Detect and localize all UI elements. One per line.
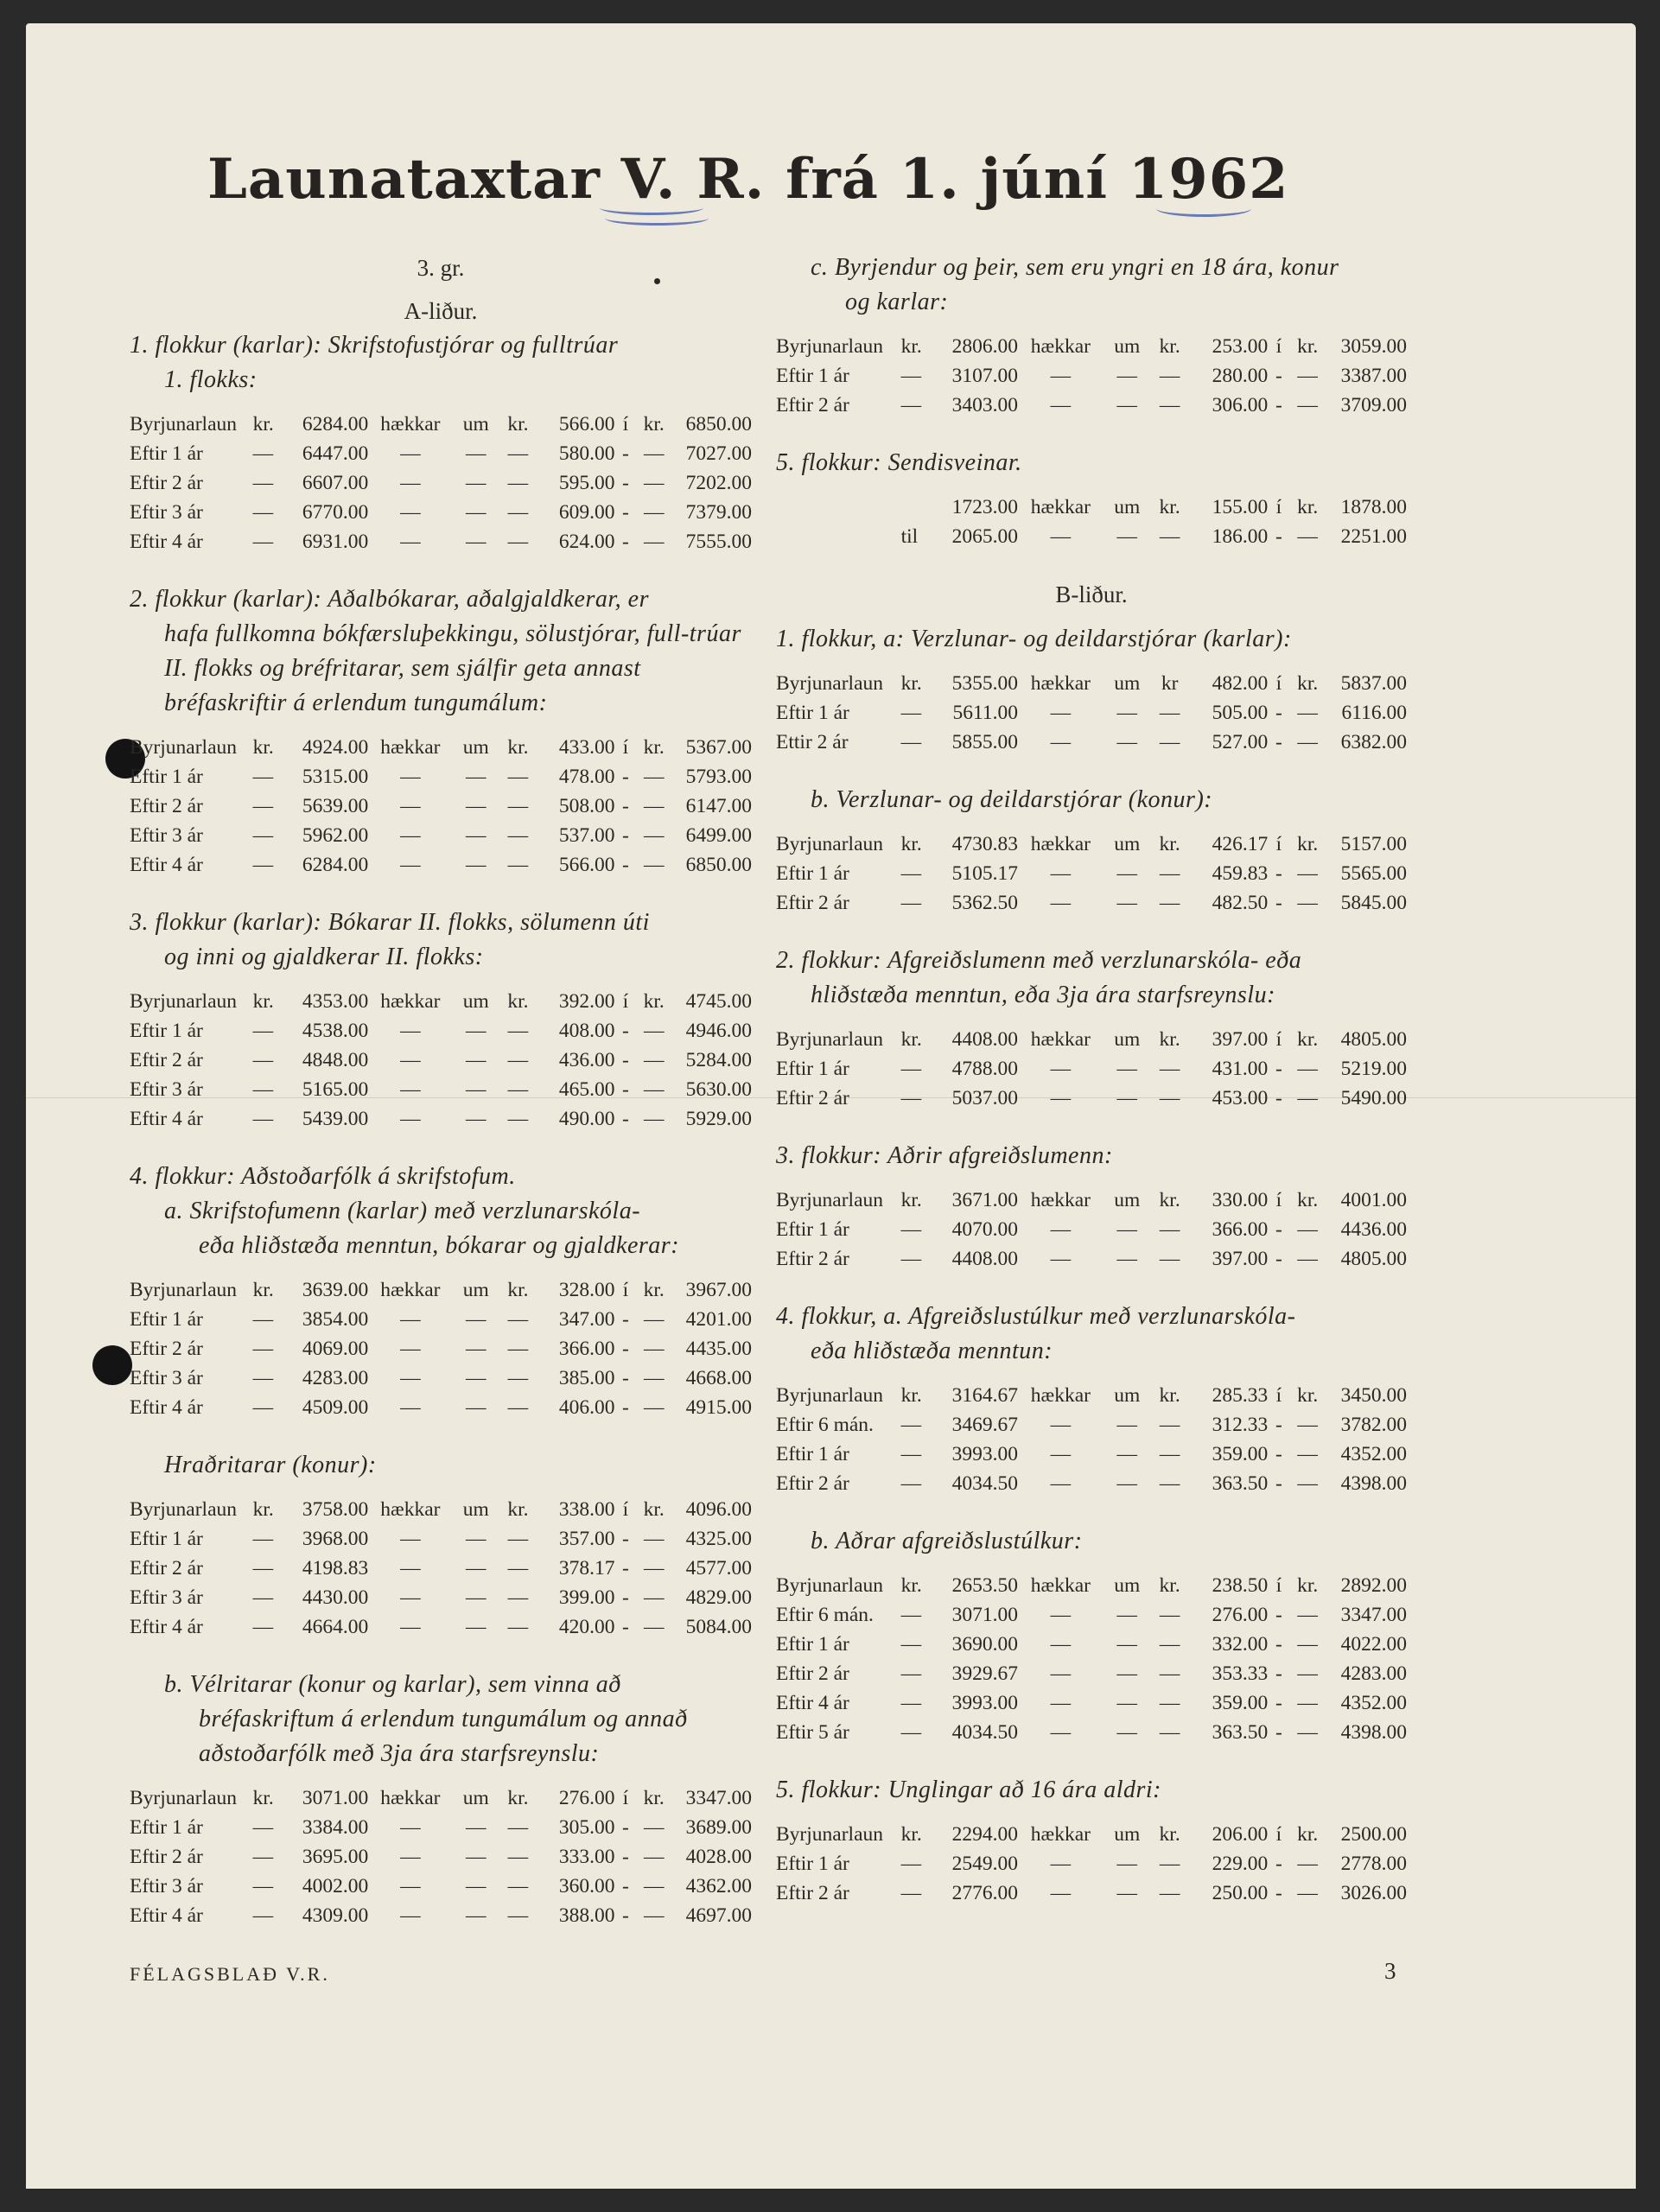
separator: -: [614, 1075, 636, 1104]
ditto-mark: —: [1018, 728, 1103, 757]
to-label: í: [1268, 1820, 1289, 1849]
raise-amount: 359.00: [1188, 1440, 1268, 1469]
ditto-mark: —: [901, 1410, 935, 1440]
currency-label: kr.: [253, 987, 286, 1016]
ditto-mark: —: [499, 850, 537, 880]
ditto-mark: —: [368, 1334, 452, 1363]
row-label: Byrjunarlaun: [130, 1495, 253, 1524]
rate-row: Eftir 3 ár—4430.00———399.00-—4829.00: [130, 1583, 752, 1612]
rate-row: Eftir 6 mán.—3469.67———312.33-—3782.00: [776, 1410, 1407, 1440]
ditto-mark: —: [253, 1554, 286, 1583]
ditto-mark: —: [499, 1075, 537, 1104]
currency-label: kr.: [1151, 1185, 1189, 1215]
currency-label: kr.: [901, 1820, 935, 1849]
ditto-mark: —: [253, 1016, 286, 1046]
final-salary: 4096.00: [671, 1495, 752, 1524]
final-salary: 2251.00: [1326, 522, 1407, 551]
rate-row: Eftir 5 ár—4034.50———363.50-—4398.00: [776, 1718, 1407, 1747]
rate-table: Byrjunarlaunkr.4924.00hækkarumkr.433.00í…: [130, 733, 752, 880]
row-label: Eftir 1 ár: [776, 361, 901, 391]
raise-amount: 353.33: [1188, 1659, 1268, 1688]
raise-amount: 624.00: [537, 527, 615, 556]
ditto-mark: —: [636, 850, 671, 880]
ditto-mark: —: [453, 1104, 499, 1134]
ditto-mark: —: [499, 498, 537, 527]
ditto-mark: —: [1018, 1878, 1103, 1908]
ditto-mark: —: [499, 1334, 537, 1363]
group-subheading: b. Aðrar afgreiðslustúlkur:: [776, 1524, 1407, 1559]
ditto-mark: —: [1103, 728, 1151, 757]
row-label: Eftir 2 ár: [130, 468, 253, 498]
ditto-mark: —: [1290, 1718, 1326, 1747]
salary: 6447.00: [286, 439, 368, 468]
currency-label: kr.: [1290, 493, 1326, 522]
final-salary: 5490.00: [1326, 1084, 1407, 1113]
final-salary: 4697.00: [671, 1901, 752, 1930]
currency-label: kr.: [253, 410, 286, 439]
final-salary: 3709.00: [1326, 391, 1407, 420]
ditto-mark: —: [368, 1872, 452, 1901]
ditto-mark: —: [1151, 1469, 1189, 1498]
rate-table: Byrjunarlaunkr.3671.00hækkarumkr.330.00í…: [776, 1185, 1407, 1274]
separator: -: [1268, 859, 1289, 888]
raise-amount: 328.00: [537, 1275, 615, 1305]
row-label: Eftir 2 ár: [776, 1244, 901, 1274]
ditto-mark: —: [636, 1363, 671, 1393]
ditto-mark: —: [901, 361, 935, 391]
ditto-mark: —: [253, 1872, 286, 1901]
salary: 6284.00: [286, 850, 368, 880]
row-label: Eftir 3 ár: [130, 1872, 253, 1901]
separator: -: [1268, 1849, 1289, 1878]
ditto-mark: —: [1151, 1600, 1189, 1630]
raise-amount: 490.00: [537, 1104, 615, 1134]
final-salary: 1878.00: [1326, 493, 1407, 522]
salary: 4034.50: [935, 1718, 1018, 1747]
final-salary: 4001.00: [1326, 1185, 1407, 1215]
row-label: Eftir 1 ár: [776, 859, 901, 888]
ditto-mark: —: [901, 1469, 935, 1498]
ditto-mark: —: [453, 1334, 499, 1363]
final-salary: 5630.00: [671, 1075, 752, 1104]
salary: 5962.00: [286, 821, 368, 850]
ditto-mark: —: [499, 791, 537, 821]
row-label: Eftir 6 mán.: [776, 1600, 901, 1630]
group-subheading: c. Byrjendur og þeir, sem eru yngri en 1…: [776, 251, 1407, 320]
um-label: um: [1103, 332, 1151, 361]
final-salary: 5367.00: [671, 733, 752, 762]
ditto-mark: —: [901, 1659, 935, 1688]
row-label: Byrjunarlaun: [776, 1185, 901, 1215]
raise-label: hækkar: [368, 410, 452, 439]
currency-label: kr.: [499, 987, 537, 1016]
currency-label: kr.: [1151, 829, 1189, 859]
group-heading: 5. flokkur: Sendisveinar.: [776, 446, 1407, 480]
ditto-mark: —: [368, 1363, 452, 1393]
currency-label: kr.: [636, 1783, 671, 1813]
ditto-mark: —: [453, 1842, 499, 1872]
row-label: Eftir 4 ár: [776, 1688, 901, 1718]
currency-label: kr.: [1151, 1381, 1189, 1410]
ditto-mark: —: [499, 1901, 537, 1930]
separator: -: [1268, 1084, 1289, 1113]
ditto-mark: —: [1290, 1659, 1326, 1688]
rate-row: Eftir 1 ár—2549.00———229.00-—2778.00: [776, 1849, 1407, 1878]
ditto-mark: —: [453, 498, 499, 527]
start-salary: 4924.00: [286, 733, 368, 762]
raise-amount: 366.00: [1188, 1215, 1268, 1244]
ditto-mark: —: [453, 1583, 499, 1612]
final-salary: 3347.00: [1326, 1600, 1407, 1630]
ditto-mark: —: [1103, 1849, 1151, 1878]
ditto-mark: —: [636, 1554, 671, 1583]
rate-table: 1723.00hækkarumkr.155.00íkr.1878.00til20…: [776, 493, 1407, 551]
raise-amount: 431.00: [1188, 1054, 1268, 1084]
separator: -: [1268, 1244, 1289, 1274]
ditto-mark: —: [253, 1393, 286, 1422]
ditto-mark: —: [901, 391, 935, 420]
currency-label: kr.: [499, 1783, 537, 1813]
right-column: c. Byrjendur og þeir, sem eru yngri en 1…: [776, 251, 1407, 1934]
ditto-mark: —: [368, 1393, 452, 1422]
rate-row: Byrjunarlaunkr.3758.00hækkarumkr.338.00í…: [130, 1495, 752, 1524]
raise-amount: 420.00: [537, 1612, 615, 1642]
separator: -: [614, 1901, 636, 1930]
ditto-mark: —: [253, 1104, 286, 1134]
ditto-mark: —: [499, 1554, 537, 1583]
separator: -: [614, 498, 636, 527]
to-label: í: [614, 1783, 636, 1813]
start-salary: 5355.00: [935, 669, 1018, 698]
salary: 3469.67: [935, 1410, 1018, 1440]
raise-amount: 186.00: [1188, 522, 1268, 551]
group-heading: 2. flokkur (karlar): Aðalbókarar, aðalgj…: [130, 582, 752, 721]
ditto-mark: —: [368, 527, 452, 556]
ditto-mark: —: [1151, 1084, 1189, 1113]
to-label: í: [1268, 1571, 1289, 1600]
ditto-mark: —: [1018, 1600, 1103, 1630]
salary: 4430.00: [286, 1583, 368, 1612]
ditto-mark: —: [636, 468, 671, 498]
row-label: Byrjunarlaun: [130, 1275, 253, 1305]
rate-row: Eftir 3 ár—4283.00———385.00-—4668.00: [130, 1363, 752, 1393]
ditto-mark: —: [1290, 522, 1326, 551]
row-label: Byrjunarlaun: [776, 1820, 901, 1849]
ditto-mark: —: [499, 439, 537, 468]
salary: 4538.00: [286, 1016, 368, 1046]
row-label: Eftir 1 ár: [776, 1849, 901, 1878]
rate-row: Eftir 6 mán.—3071.00———276.00-—3347.00: [776, 1600, 1407, 1630]
ditto-mark: —: [636, 762, 671, 791]
rate-row: til2065.00———186.00-—2251.00: [776, 522, 1407, 551]
ditto-mark: —: [253, 821, 286, 850]
ditto-mark: —: [901, 1878, 935, 1908]
ditto-mark: —: [368, 1842, 452, 1872]
row-label: Eftir 4 ár: [130, 1393, 253, 1422]
ditto-mark: —: [368, 1901, 452, 1930]
row-label: Eftir 2 ár: [776, 1659, 901, 1688]
to-label: í: [1268, 493, 1289, 522]
currency-label: kr.: [1290, 1381, 1326, 1410]
rate-row: Ettir 2 ár—5855.00———527.00-—6382.00: [776, 728, 1407, 757]
final-salary: 3026.00: [1326, 1878, 1407, 1908]
final-salary: 4805.00: [1326, 1244, 1407, 1274]
to-label: í: [614, 987, 636, 1016]
separator: -: [1268, 888, 1289, 918]
ditto-mark: —: [1018, 888, 1103, 918]
ditto-mark: —: [453, 1305, 499, 1334]
ditto-mark: —: [1151, 1215, 1189, 1244]
ditto-mark: —: [368, 498, 452, 527]
rate-row: Eftir 1 ár—5105.17———459.83-—5565.00: [776, 859, 1407, 888]
separator: -: [1268, 1878, 1289, 1908]
rate-row: Eftir 1 ár—3854.00———347.00-—4201.00: [130, 1305, 752, 1334]
start-salary: 3071.00: [286, 1783, 368, 1813]
separator: -: [614, 1554, 636, 1583]
rate-row: Byrjunarlaunkr.5355.00hækkarumkr482.00ík…: [776, 669, 1407, 698]
ditto-mark: —: [368, 791, 452, 821]
ditto-mark: —: [453, 791, 499, 821]
row-label: Eftir 2 ár: [776, 1878, 901, 1908]
final-salary: 6850.00: [671, 410, 752, 439]
ditto-mark: —: [368, 821, 452, 850]
um-label: um: [1103, 669, 1151, 698]
salary: 5639.00: [286, 791, 368, 821]
row-label: Eftir 2 ár: [130, 1334, 253, 1363]
ditto-mark: —: [1018, 1215, 1103, 1244]
um-label: um: [453, 1275, 499, 1305]
ditto-mark: —: [636, 1334, 671, 1363]
row-label: Eftir 4 ár: [130, 1104, 253, 1134]
ditto-mark: —: [499, 1104, 537, 1134]
final-salary: 3347.00: [671, 1783, 752, 1813]
ditto-mark: —: [453, 468, 499, 498]
ditto-mark: —: [1018, 1410, 1103, 1440]
rate-row: Eftir 1 ár—4070.00———366.00-—4436.00: [776, 1215, 1407, 1244]
a-lidur-heading: A-liður.: [130, 294, 752, 328]
currency-label: kr.: [253, 1783, 286, 1813]
ditto-mark: —: [1103, 1630, 1151, 1659]
raise-amount: 385.00: [537, 1363, 615, 1393]
row-label: Eftir 5 ár: [776, 1718, 901, 1747]
b-lidur-heading: B-liður.: [776, 577, 1407, 612]
ditto-mark: —: [499, 1016, 537, 1046]
row-label: Byrjunarlaun: [776, 332, 901, 361]
group-subheading-continuation: bréfaskriftum á erlendum tungumálum og a…: [164, 1702, 752, 1771]
salary: 3993.00: [935, 1688, 1018, 1718]
raise-amount: 306.00: [1188, 391, 1268, 420]
ditto-mark: —: [1103, 888, 1151, 918]
group-heading-text: 2. flokkur (karlar): Aðalbókarar, aðalgj…: [130, 586, 649, 613]
ditto-mark: —: [1103, 1054, 1151, 1084]
ditto-mark: —: [368, 1104, 452, 1134]
salary: 4070.00: [935, 1215, 1018, 1244]
ditto-mark: —: [1151, 698, 1189, 728]
separator: -: [614, 1583, 636, 1612]
rate-row: Eftir 2 ár—4198.83———378.17-—4577.00: [130, 1554, 752, 1583]
currency-label: kr.: [499, 1495, 537, 1524]
row-label: Byrjunarlaun: [776, 1571, 901, 1600]
raise-amount: 433.00: [537, 733, 615, 762]
ditto-mark: —: [1103, 698, 1151, 728]
ditto-mark: —: [453, 762, 499, 791]
row-label: Eftir 1 ár: [130, 1813, 253, 1842]
pen-underline-annotation: [1156, 200, 1251, 217]
salary: 3107.00: [935, 361, 1018, 391]
ditto-mark: —: [636, 1104, 671, 1134]
currency-label: kr: [1151, 669, 1189, 698]
section-number: 3. gr.: [130, 251, 752, 285]
ditto-mark: —: [1290, 1849, 1326, 1878]
rate-row: Byrjunarlaunkr.3671.00hækkarumkr.330.00í…: [776, 1185, 1407, 1215]
separator: -: [614, 821, 636, 850]
ditto-mark: —: [453, 1901, 499, 1930]
to-label: í: [614, 733, 636, 762]
row-label: Eftir 2 ár: [776, 391, 901, 420]
ditto-mark: —: [1151, 859, 1189, 888]
ditto-mark: —: [1290, 1688, 1326, 1718]
salary: 6770.00: [286, 498, 368, 527]
ditto-mark: —: [1290, 391, 1326, 420]
raise-amount: 276.00: [537, 1783, 615, 1813]
row-label: Byrjunarlaun: [776, 829, 901, 859]
separator: -: [614, 1046, 636, 1075]
raise-amount: 285.33: [1188, 1381, 1268, 1410]
group-heading-text: 3. flokkur (karlar): Bókarar II. flokks,…: [130, 909, 650, 936]
ditto-mark: —: [1103, 522, 1151, 551]
raise-amount: 312.33: [1188, 1410, 1268, 1440]
ditto-mark: —: [453, 1524, 499, 1554]
row-label: Byrjunarlaun: [130, 1783, 253, 1813]
raise-label: hækkar: [1018, 1571, 1103, 1600]
rate-row: Eftir 1 ár—3968.00———357.00-—4325.00: [130, 1524, 752, 1554]
final-salary: 4398.00: [1326, 1718, 1407, 1747]
rate-row: Eftir 4 ár—5439.00———490.00-—5929.00: [130, 1104, 752, 1134]
salary: 4034.50: [935, 1469, 1018, 1498]
start-salary: 3164.67: [935, 1381, 1018, 1410]
currency-label: kr.: [1290, 1820, 1326, 1849]
final-salary: 5157.00: [1326, 829, 1407, 859]
separator: -: [1268, 391, 1289, 420]
currency-label: kr.: [636, 410, 671, 439]
ditto-mark: —: [253, 439, 286, 468]
group-heading: 2. flokkur: Afgreiðslumenn með verzlunar…: [776, 944, 1407, 1013]
final-salary: 3967.00: [671, 1275, 752, 1305]
ditto-mark: —: [1151, 1659, 1189, 1688]
ditto-mark: —: [1151, 1878, 1189, 1908]
raise-amount: 482.00: [1188, 669, 1268, 698]
separator: -: [614, 791, 636, 821]
to-label: í: [1268, 1185, 1289, 1215]
salary: 3695.00: [286, 1842, 368, 1872]
rate-row: Byrjunarlaunkr.2294.00hækkarumkr.206.00í…: [776, 1820, 1407, 1849]
ditto-mark: —: [1018, 698, 1103, 728]
raise-label: hækkar: [368, 1495, 452, 1524]
row-label: Byrjunarlaun: [776, 1381, 901, 1410]
final-salary: 4022.00: [1326, 1630, 1407, 1659]
rate-row: Eftir 3 ár—4002.00———360.00-—4362.00: [130, 1872, 752, 1901]
separator: -: [1268, 1688, 1289, 1718]
row-label: Ettir 2 ár: [776, 728, 901, 757]
ditto-mark: —: [368, 1612, 452, 1642]
currency-label: kr.: [901, 1185, 935, 1215]
row-label: Byrjunarlaun: [130, 410, 253, 439]
left-rate-groups: 1. flokkur (karlar): Skrifstofustjórar o…: [130, 328, 752, 1930]
group-heading-continuation: eða hliðstæða menntun:: [776, 1334, 1407, 1369]
rate-row: Eftir 1 ár—3690.00———332.00-—4022.00: [776, 1630, 1407, 1659]
currency-label: kr.: [901, 1381, 935, 1410]
separator: -: [1268, 698, 1289, 728]
raise-amount: 363.50: [1188, 1718, 1268, 1747]
ditto-mark: —: [1290, 1878, 1326, 1908]
raise-amount: 276.00: [1188, 1600, 1268, 1630]
row-label: Eftir 6 mán.: [776, 1410, 901, 1440]
final-salary: 6382.00: [1326, 728, 1407, 757]
rate-table: Byrjunarlaunkr.2806.00hækkarumkr.253.00í…: [776, 332, 1407, 420]
ditto-mark: —: [253, 1842, 286, 1872]
ditto-mark: —: [901, 1215, 935, 1244]
ditto-mark: —: [636, 1583, 671, 1612]
separator: -: [614, 1872, 636, 1901]
final-salary: 4398.00: [1326, 1469, 1407, 1498]
final-salary: 5845.00: [1326, 888, 1407, 918]
ditto-mark: —: [499, 1583, 537, 1612]
currency-label: kr.: [901, 669, 935, 698]
raise-amount: 482.50: [1188, 888, 1268, 918]
ditto-mark: —: [368, 1813, 452, 1842]
salary: 2776.00: [935, 1878, 1018, 1908]
final-salary: 7555.00: [671, 527, 752, 556]
raise-amount: 397.00: [1188, 1025, 1268, 1054]
group-heading: 1. flokkur, a: Verzlunar- og deildarstjó…: [776, 622, 1407, 657]
currency-label: kr.: [1290, 1185, 1326, 1215]
final-salary: 6116.00: [1326, 698, 1407, 728]
ditto-mark: —: [1018, 391, 1103, 420]
group-heading: 1. flokkur (karlar): Skrifstofustjórar o…: [130, 328, 752, 397]
ditto-mark: —: [1151, 1244, 1189, 1274]
ditto-mark: —: [901, 859, 935, 888]
rate-table: Byrjunarlaunkr.3758.00hækkarumkr.338.00í…: [130, 1495, 752, 1642]
final-salary: 4668.00: [671, 1363, 752, 1393]
raise-amount: 238.50: [1188, 1571, 1268, 1600]
ditto-mark: —: [636, 1046, 671, 1075]
um-label: um: [453, 1783, 499, 1813]
salary: 5037.00: [935, 1084, 1018, 1113]
row-label: Eftir 2 ár: [130, 1046, 253, 1075]
start-salary: 3639.00: [286, 1275, 368, 1305]
start-salary: 3758.00: [286, 1495, 368, 1524]
row-label: Eftir 4 ár: [130, 527, 253, 556]
row-label: Eftir 1 ár: [130, 1305, 253, 1334]
ditto-mark: —: [1018, 1718, 1103, 1747]
currency-label: kr.: [253, 1495, 286, 1524]
um-label: um: [1103, 1571, 1151, 1600]
ditto-mark: —: [453, 1075, 499, 1104]
ditto-mark: —: [1151, 522, 1189, 551]
final-salary: 2500.00: [1326, 1820, 1407, 1849]
ditto-mark: —: [1103, 1688, 1151, 1718]
ditto-mark: —: [1103, 361, 1151, 391]
ditto-mark: —: [1018, 361, 1103, 391]
salary: 6931.00: [286, 527, 368, 556]
to-label: í: [1268, 1381, 1289, 1410]
rate-row: Eftir 1 ár—5611.00———505.00-—6116.00: [776, 698, 1407, 728]
rate-table: Byrjunarlaunkr.6284.00hækkarumkr.566.00í…: [130, 410, 752, 556]
ditto-mark: —: [1018, 1084, 1103, 1113]
raise-amount: 537.00: [537, 821, 615, 850]
ditto-mark: —: [499, 1305, 537, 1334]
rate-row: Byrjunarlaunkr.2806.00hækkarumkr.253.00í…: [776, 332, 1407, 361]
